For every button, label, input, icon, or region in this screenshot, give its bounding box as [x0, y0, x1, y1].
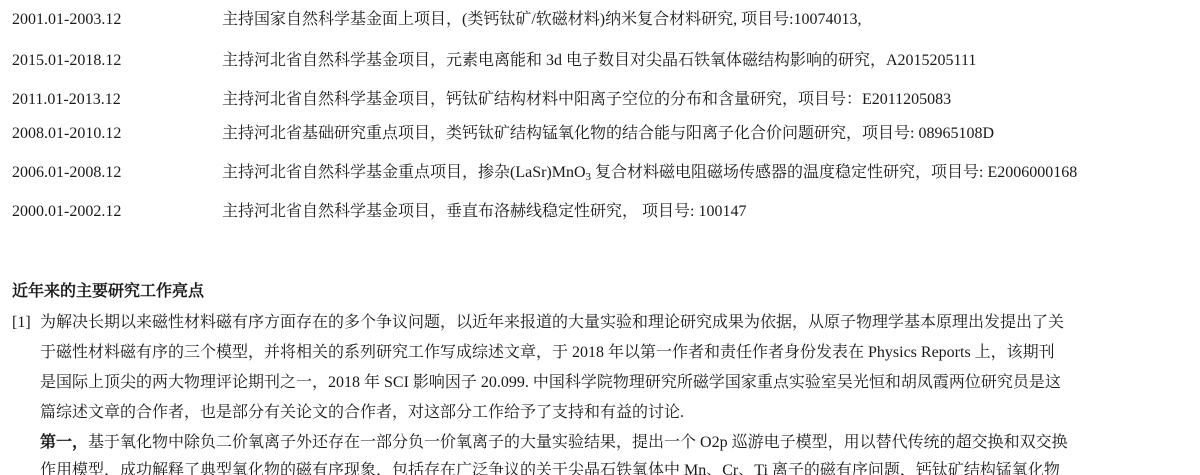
grant-description: 主持国家自然科学基金面上项目，(类钙钛矿/软磁材料)纳米复合材料研究, 项目号:… [222, 8, 862, 32]
grant-period: 2000.01-2002.12 [12, 200, 121, 224]
grant-row: 2006.01-2008.12 主持河北省自然科学基金重点项目，掺杂(LaSr)… [0, 161, 1200, 185]
paragraph-line: 作用模型，成功解释了典型氧化物的磁有序现象，包括存在广泛争议的关于尖晶石铁氧体中… [40, 459, 1060, 475]
point-text: 基于氧化物中除负二价氧离子外还存在一部分负一价氧离子的大量实验结果，提出一个 O… [88, 434, 1068, 451]
grant-period: 2006.01-2008.12 [12, 161, 121, 185]
grant-period: 2015.01-2018.12 [12, 49, 121, 73]
grant-description-pre: 主持河北省自然科学基金重点项目，掺杂(LaSr)MnO [222, 164, 586, 181]
grant-period: 2011.01-2013.12 [12, 88, 121, 112]
grant-description: 主持河北省自然科学基金项目，垂直布洛赫线稳定性研究， 项目号: 100147 [222, 200, 746, 224]
paragraph-line: 于磁性材料磁有序的三个模型，并将相关的系列研究工作写成综述文章，于 2018 年… [40, 341, 1055, 365]
grant-row: 2001.01-2003.12 主持国家自然科学基金面上项目，(类钙钛矿/软磁材… [0, 8, 1200, 32]
grant-row: 2015.01-2018.12 主持河北省自然科学基金项目，元素电离能和 3d … [0, 49, 1200, 73]
paragraph-line: 第一，基于氧化物中除负二价氧离子外还存在一部分负一价氧离子的大量实验结果，提出一… [40, 431, 1068, 455]
grant-description: 主持河北省自然科学基金重点项目，掺杂(LaSr)MnO3 复合材料磁电阻磁场传感… [222, 161, 1077, 185]
paragraph-line: 为解决长期以来磁性材料磁有序方面存在的多个争议问题，以近年来报道的大量实验和理论… [40, 311, 1064, 335]
grant-row: 2011.01-2013.12 主持河北省自然科学基金项目，钙钛矿结构材料中阳离… [0, 88, 1200, 112]
grant-row: 2008.01-2010.12 主持河北省基础研究重点项目，类钙钛矿结构锰氧化物… [0, 122, 1200, 146]
reference-label: [1] [12, 311, 31, 335]
grant-description: 主持河北省自然科学基金项目，钙钛矿结构材料中阳离子空位的分布和含量研究，项目号：… [222, 88, 951, 112]
paragraph-line: 篇综述文章的合作者，也是部分有关论文的合作者，对这部分工作给予了支持和有益的讨论… [40, 401, 684, 425]
grant-row: 2000.01-2002.12 主持河北省自然科学基金项目，垂直布洛赫线稳定性研… [0, 200, 1200, 224]
grant-description: 主持河北省基础研究重点项目，类钙钛矿结构锰氧化物的结合能与阳离子化合价问题研究，… [222, 122, 994, 146]
point-lead: 第一， [40, 434, 88, 451]
grant-description-post: 复合材料磁电阻磁场传感器的温度稳定性研究，项目号: E2006000168 [591, 164, 1077, 181]
grant-period: 2001.01-2003.12 [12, 8, 121, 32]
grant-description: 主持河北省自然科学基金项目，元素电离能和 3d 电子数目对尖晶石铁氧体磁结构影响… [222, 49, 976, 73]
paragraph-line: 是国际上顶尖的两大物理评论期刊之一，2018 年 SCI 影响因子 20.099… [40, 371, 1061, 395]
section-title: 近年来的主要研究工作亮点 [12, 280, 204, 304]
grant-period: 2008.01-2010.12 [12, 122, 121, 146]
